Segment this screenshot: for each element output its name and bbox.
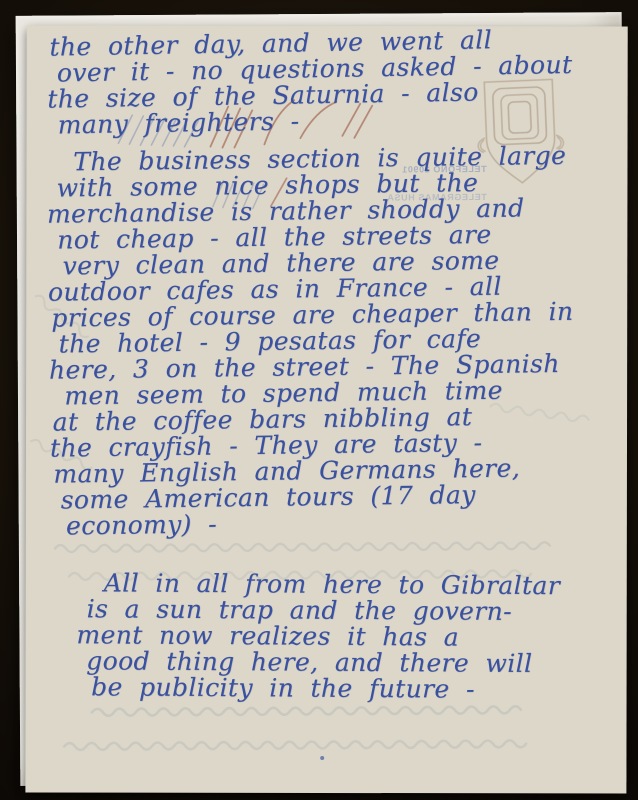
letter-page: TELEFONO 10901 TELEGRAMAS HUSA bbox=[16, 12, 627, 786]
handwritten-line: be publicity in the future - bbox=[91, 674, 613, 703]
handwriting: the other day, and we went allover it - … bbox=[50, 24, 614, 703]
handwritten-line: economy) - bbox=[66, 506, 614, 539]
ink-bleedthrough-ghost bbox=[62, 735, 532, 754]
photo-background: TELEFONO 10901 TELEGRAMAS HUSA bbox=[0, 0, 638, 800]
paragraph: All in all from here to Gibraltaris a su… bbox=[79, 570, 614, 703]
ink-dot bbox=[320, 756, 324, 760]
paragraph: The business section is quite largewith … bbox=[49, 142, 614, 539]
paragraph: the other day, and we went allover it - … bbox=[49, 25, 611, 138]
